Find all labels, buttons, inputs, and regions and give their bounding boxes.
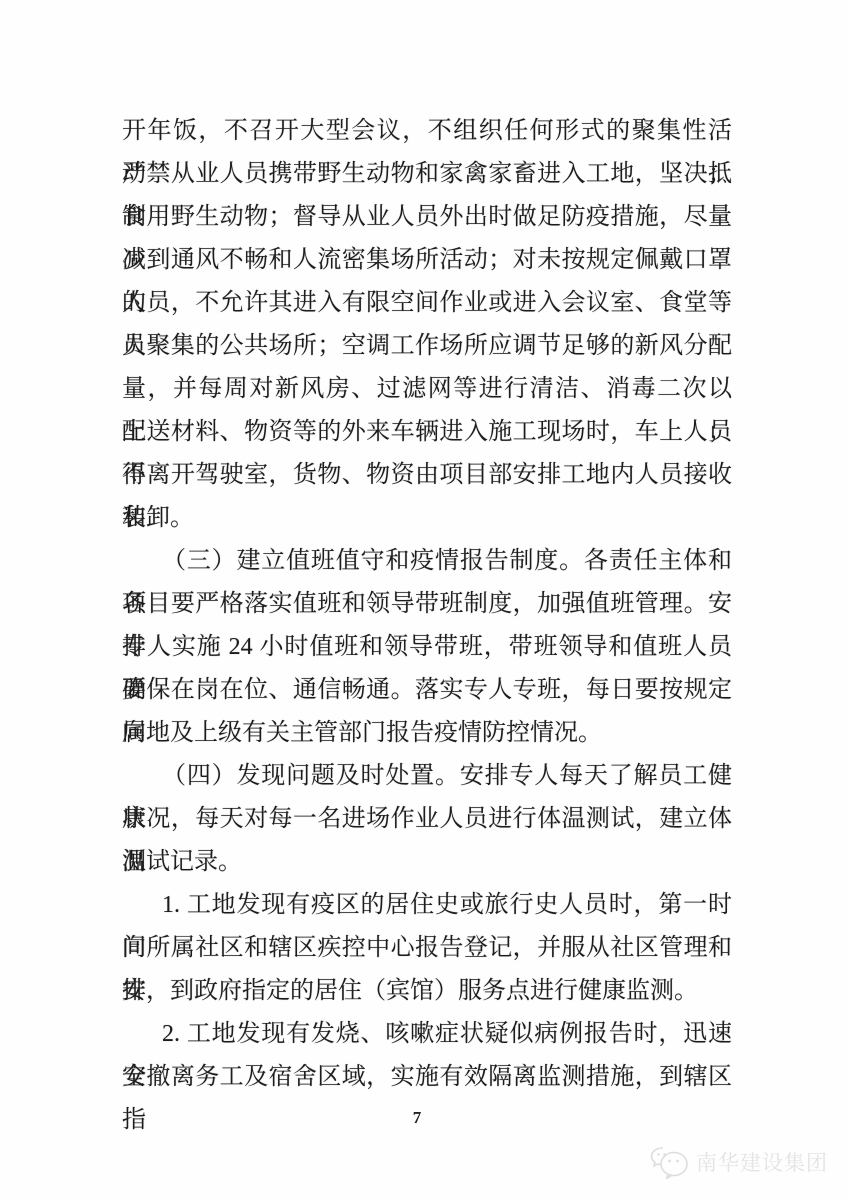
text-line-paragraph-start: （四）发现问题及时处置。安排专人每天了解员工健康	[122, 755, 732, 798]
text-line: 专人实施 24 小时值班和领导带班，带班领导和值班人员要	[122, 626, 732, 669]
text-line: 全撤离务工及宿舍区域，实施有效隔离监测措施，到辖区指	[122, 1056, 732, 1099]
text-line-list-item: 2. 工地发现有发烧、咳嗽症状疑似病例报告时，迅速安	[122, 1013, 732, 1056]
wechat-watermark: 南华建设集团	[649, 1145, 828, 1179]
watermark-text: 南华建设集团	[696, 1147, 828, 1177]
text-line: 得离开驾驶室，货物、物资由项目部安排工地内人员接收和	[122, 454, 732, 497]
scanned-document-page: 开年饭，不召开大型会议，不组织任何形式的聚集性活动； 严禁从业人员携带野生动物和…	[0, 0, 848, 1200]
wechat-icon	[649, 1145, 691, 1179]
document-body-text: 开年饭，不召开大型会议，不组织任何形式的聚集性活动； 严禁从业人员携带野生动物和…	[122, 110, 732, 1099]
text-line: 项目要严格落实值班和领导带班制度，加强值班管理。安排	[122, 583, 732, 626]
text-line: 排，到政府指定的居住（宾馆）服务点进行健康监测。	[122, 970, 732, 1013]
text-line-list-item: 1. 工地发现有疫区的居住史或旅行史人员时，第一时间	[122, 884, 732, 927]
text-line: 配送材料、物资等的外来车辆进入施工现场时，车上人员不	[122, 411, 732, 454]
text-line: 量，并每周对新风房、过滤网等进行清洁、消毒二次以上；	[122, 368, 732, 411]
text-line: 确保在岗在位、通信畅通。落实专人专班，每日要按规定向	[122, 669, 732, 712]
page-number: 7	[0, 1108, 834, 1128]
text-line: 人员，不允许其进入有限空间作业或进入会议室、食堂等人	[122, 282, 732, 325]
text-line: 员聚集的公共场所；空调工作场所应调节足够的新风分配	[122, 325, 732, 368]
text-line: 装卸。	[122, 497, 732, 540]
text-line: 属地及上级有关主管部门报告疫情防控情况。	[122, 712, 732, 755]
text-line: 严禁从业人员携带野生动物和家禽家畜进入工地，坚决抵制	[122, 153, 732, 196]
text-line: 向所属社区和辖区疾控中心报告登记，并服从社区管理和安	[122, 927, 732, 970]
text-line: 测试记录。	[122, 841, 732, 884]
text-line: 食用野生动物；督导从业人员外出时做足防疫措施，尽量减	[122, 196, 732, 239]
text-line: 状况，每天对每一名进场作业人员进行体温测试，建立体温	[122, 798, 732, 841]
text-line: 少到通风不畅和人流密集场所活动；对未按规定佩戴口罩的	[122, 239, 732, 282]
text-line-paragraph-start: （三）建立值班值守和疫情报告制度。各责任主体和各	[122, 540, 732, 583]
text-line: 开年饭，不召开大型会议，不组织任何形式的聚集性活动；	[122, 110, 732, 153]
